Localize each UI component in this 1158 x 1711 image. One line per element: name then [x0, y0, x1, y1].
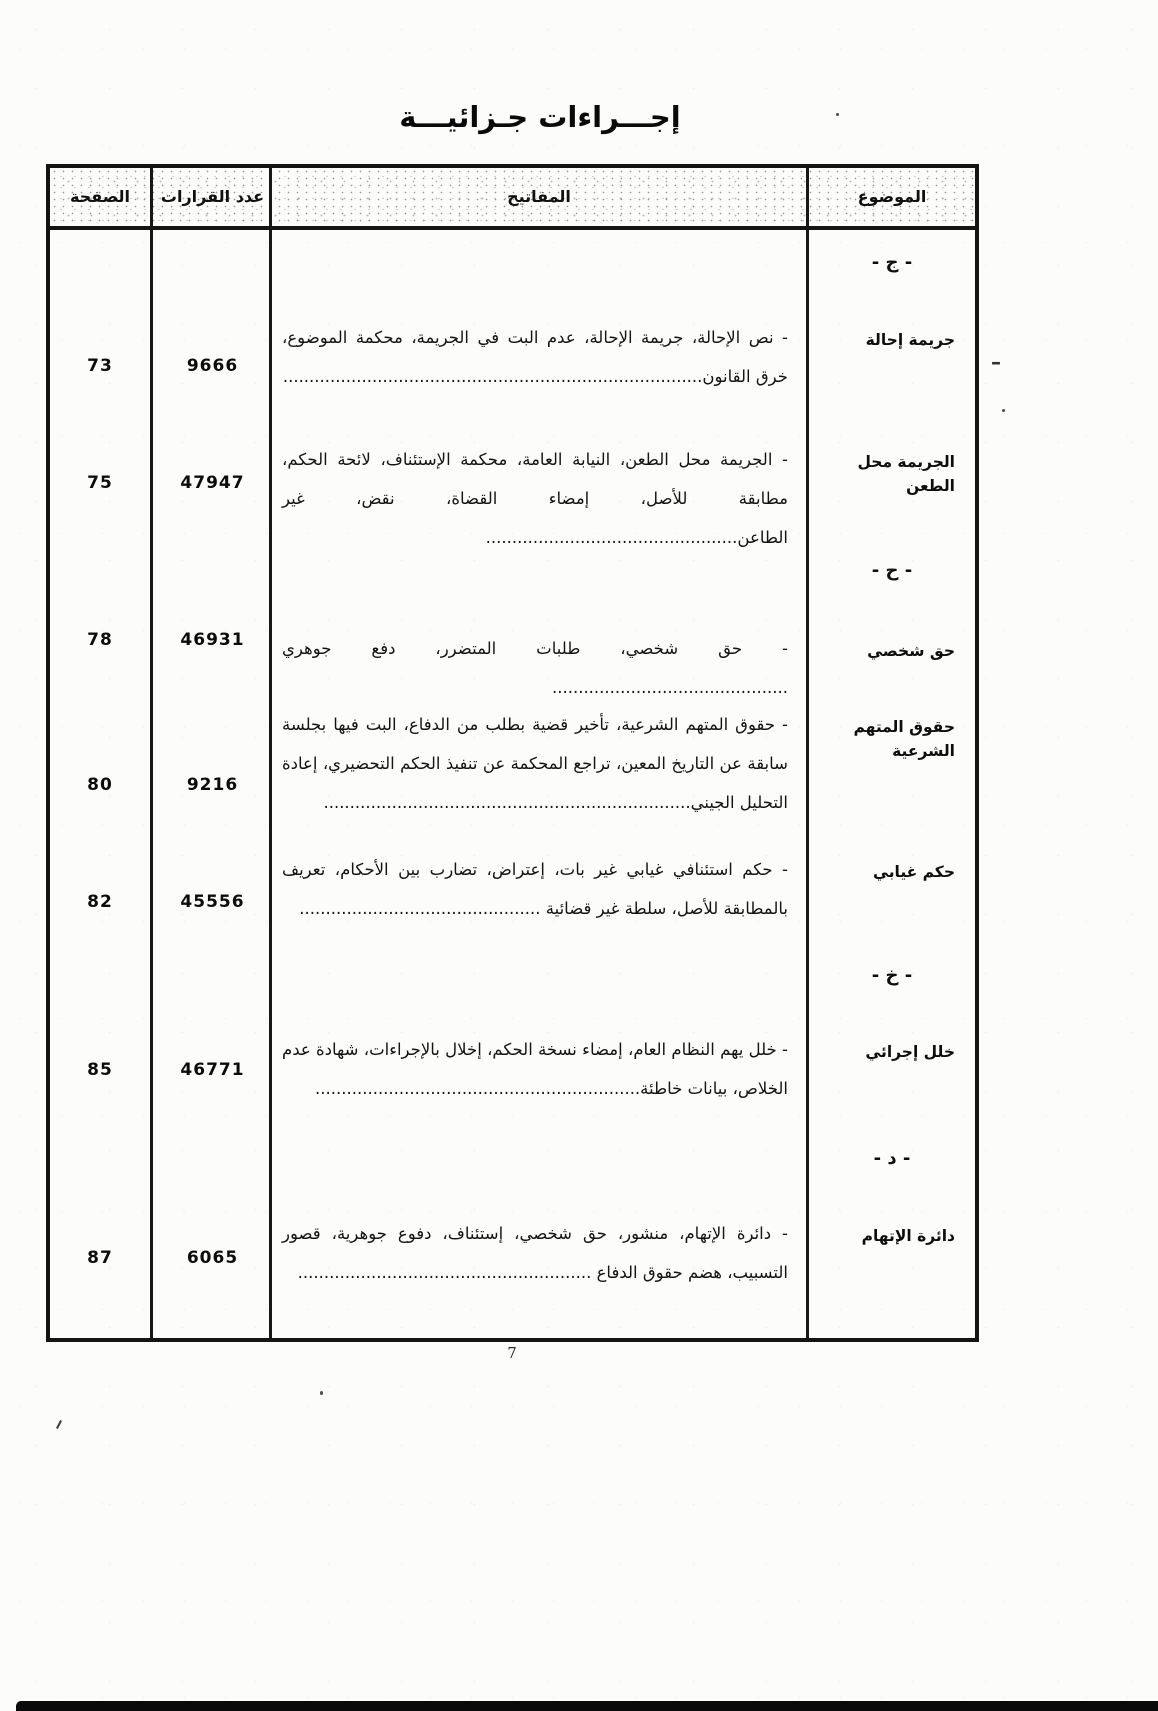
page-title: إجـــراءات جـزائيـــة: [330, 100, 750, 134]
subject-cell: خلل إجرائي: [809, 1040, 975, 1064]
scan-artifact: [56, 1420, 62, 1429]
table-body: - ج - جريمة إحالة - نص الإحالة، جريمة ال…: [50, 230, 975, 1338]
keys-cell: - حقوق المتهم الشرعية، تأخير قضية بطلب م…: [272, 705, 806, 822]
keys-cell: - دائرة الإتهام، منشور، حق شخصي، إستئناف…: [272, 1214, 806, 1292]
scan-speck: [1002, 409, 1005, 412]
subject-cell: حق شخصي: [809, 639, 975, 663]
section-marker-dal: - د -: [809, 1148, 975, 1169]
keys-cell: - نص الإحالة، جريمة الإحالة، عدم البت في…: [272, 318, 806, 396]
decisions-count: 46931: [156, 630, 269, 650]
subject-cell: الجريمة محل الطعن: [809, 450, 975, 498]
section-marker-hha: - ح -: [809, 560, 975, 581]
decisions-count: 9216: [156, 775, 269, 795]
decisions-count: 46771: [156, 1060, 269, 1080]
page-ref: 78: [50, 630, 150, 650]
column-header-subject: الموضوع: [809, 168, 975, 226]
scan-edge-bar: [16, 1701, 1158, 1711]
folio-number: 7: [492, 1344, 532, 1362]
subject-cell: حكم غيابي: [809, 860, 975, 884]
subject-cell: دائرة الإتهام: [809, 1224, 975, 1248]
page-ref: 87: [50, 1248, 150, 1268]
decisions-count: 47947: [156, 473, 269, 493]
document-page: إجـــراءات جـزائيـــة – الموضوع المفاتيح…: [0, 0, 1158, 1711]
keys-cell: - الجريمة محل الطعن، النيابة العامة، محك…: [272, 440, 806, 557]
table-header-row: الموضوع المفاتيح عدد القرارات الصفحة: [50, 168, 975, 230]
scan-speck: [836, 113, 839, 116]
margin-mark: –: [985, 350, 1007, 374]
index-table: الموضوع المفاتيح عدد القرارات الصفحة - ج…: [46, 164, 979, 1342]
subject-cell: جريمة إحالة: [809, 328, 975, 352]
scan-speck: [320, 1391, 323, 1395]
keys-cell: - حكم استئنافي غيابي غير بات، إعتراض، تض…: [272, 850, 806, 928]
decisions-count: 6065: [156, 1248, 269, 1268]
page-ref: 80: [50, 775, 150, 795]
decisions-count: 45556: [156, 892, 269, 912]
page-ref: 75: [50, 473, 150, 493]
column-header-keys: المفاتيح: [272, 168, 806, 226]
section-marker-kha: - خ -: [809, 965, 975, 986]
page-ref: 82: [50, 892, 150, 912]
keys-cell: - حق شخصي، طلبات المتضرر، دفع جوهري ....…: [272, 629, 806, 707]
page-ref: 85: [50, 1060, 150, 1080]
column-header-page: الصفحة: [50, 168, 150, 226]
column-header-decisions: عدد القرارات: [153, 168, 272, 226]
subject-cell: حقوق المتهم الشرعية: [809, 715, 975, 763]
decisions-count: 9666: [156, 356, 269, 376]
section-marker-jeem: - ج -: [809, 252, 975, 273]
keys-cell: - خلل يهم النظام العام، إمضاء نسخة الحكم…: [272, 1030, 806, 1108]
page-ref: 73: [50, 356, 150, 376]
